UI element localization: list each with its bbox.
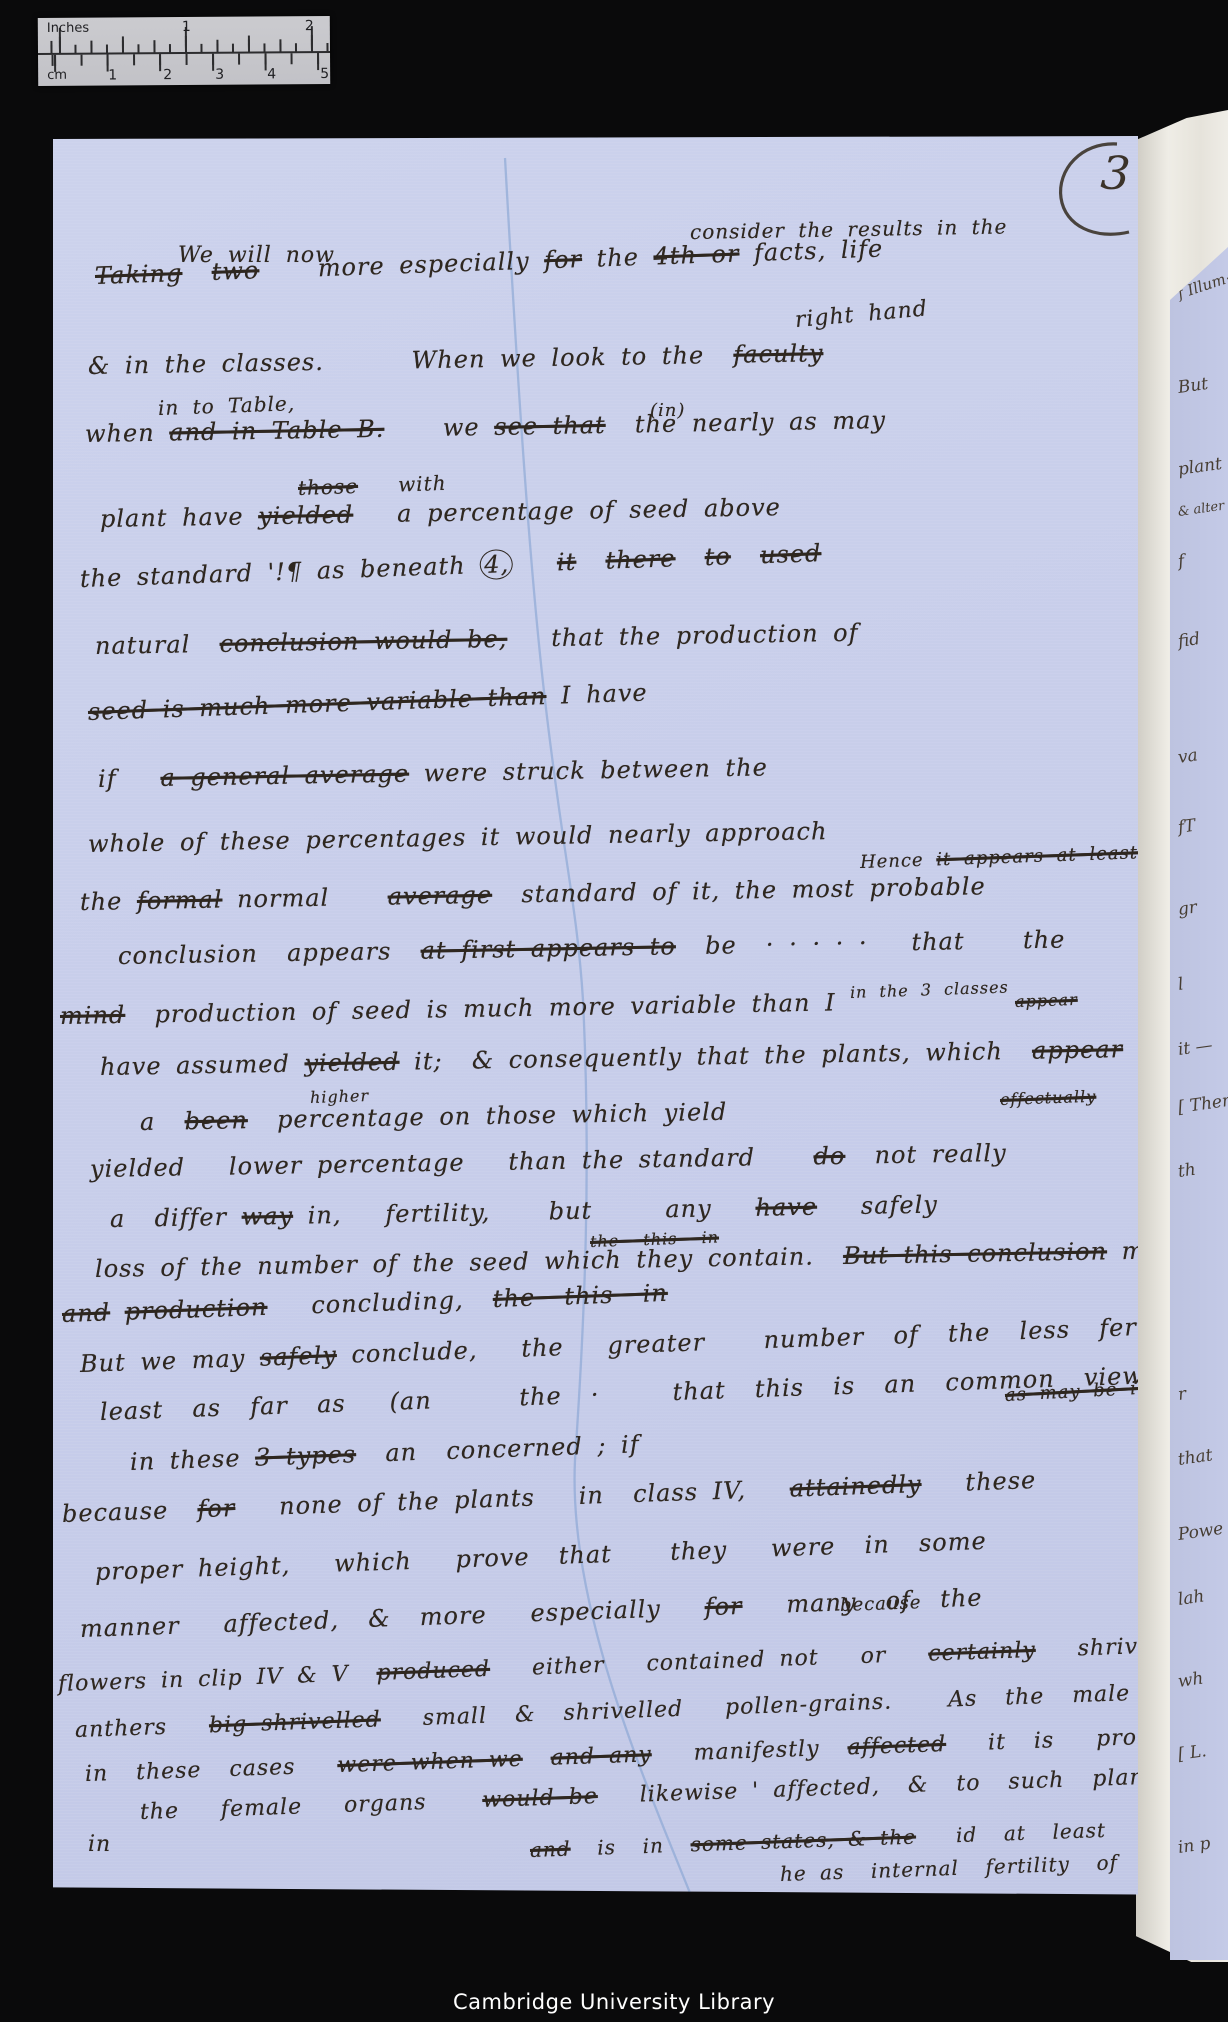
manuscript-text: small & shrivelled pollen-grains. As the…: [380, 1677, 1228, 1732]
margin-writing-fragment: l: [1177, 974, 1185, 995]
struck-text: see that: [494, 411, 606, 441]
manuscript-line: if a general average were struck between…: [98, 753, 768, 793]
struck-text: would be: [482, 1784, 598, 1813]
struck-text: way: [241, 1202, 293, 1231]
manuscript-line: conclusion appears at first appears to b…: [118, 925, 1066, 970]
margin-writing-fragment: in p: [1177, 1834, 1212, 1858]
manuscript-text: the female organs: [140, 1788, 483, 1825]
struck-text: 4th or: [653, 240, 740, 271]
manuscript-text: standard of it, the most probable: [492, 872, 986, 909]
manuscript-text: have assumed: [100, 1049, 305, 1081]
ruler-inch-number: 1: [182, 19, 191, 35]
manuscript-text: in these cases: [85, 1753, 338, 1787]
manuscript-text: when: [85, 419, 170, 448]
reference-ruler: Inches cm 12 12345: [38, 16, 330, 86]
struck-text: used: [760, 539, 822, 569]
manuscript-text: production of seed is much more variable…: [125, 988, 836, 1028]
struck-text: appear: [1015, 990, 1078, 1011]
ruler-cm-number: 3: [215, 67, 224, 83]
manuscript-line: yielded lower percentage than the standa…: [90, 1139, 1007, 1183]
manuscript-line: those with: [298, 471, 447, 500]
margin-writing-fragment: wh: [1177, 1669, 1205, 1692]
manuscript-text: the nearly as may: [605, 406, 886, 439]
manuscript-text: a: [140, 1107, 185, 1136]
manuscript-text: were struck between the: [409, 753, 768, 787]
struck-text: yielded: [258, 501, 354, 531]
struck-text: and: [62, 1298, 111, 1328]
library-credit: Cambridge University Library: [0, 1990, 1228, 2014]
manuscript-line: the standard '!¶ as beneath 4, it there …: [80, 539, 822, 593]
struck-text: at first appears to: [420, 932, 676, 964]
manuscript-text: a percentage of seed above: [353, 493, 781, 528]
struck-text: the this in: [492, 1279, 668, 1313]
manuscript-text: yielded lower percentage than the standa…: [90, 1142, 814, 1183]
manuscript-line: plant have yielded a percentage of seed …: [100, 493, 781, 533]
manuscript-text: in these: [130, 1444, 256, 1476]
margin-writing-fragment: th: [1177, 1160, 1197, 1182]
struck-text: do: [813, 1142, 845, 1171]
manuscript-text: the: [582, 243, 654, 273]
margin-writing-fragment: va: [1177, 745, 1199, 768]
manuscript-text: & in the classes. When we look to the: [88, 341, 734, 380]
manuscript-text: id at least: [916, 1818, 1107, 1849]
margin-writing-fragment: f: [1177, 551, 1186, 572]
margin-writing-fragment: it —: [1177, 1035, 1214, 1060]
manuscript-text: an concerned ; if: [356, 1430, 640, 1468]
manuscript-text: manner affected, & more especially: [80, 1593, 706, 1643]
manuscript-text: is in: [570, 1832, 691, 1860]
manuscript-text: likewise ' affected, & to such plants of…: [597, 1760, 1228, 1809]
ruler-cm-ticks: [38, 53, 330, 86]
margin-writing-fragment: r: [1177, 1384, 1188, 1405]
struck-text: a general average: [160, 760, 409, 792]
manuscript-text: we: [384, 413, 494, 443]
manuscript-line: and production concluding, the this in: [62, 1279, 669, 1328]
margin-writing-fragment: gr: [1177, 897, 1199, 919]
manuscript-text: [513, 548, 558, 578]
manuscript-text: Hence: [860, 849, 937, 873]
ruler-inch-number: 2: [305, 18, 314, 34]
manuscript-text: these: [921, 1466, 1037, 1498]
manuscript-line: effectually: [1000, 1087, 1097, 1109]
struck-text: 3 types: [255, 1440, 357, 1472]
manuscript-text: the standard '!¶ as beneath: [80, 551, 481, 593]
manuscript-text: because: [62, 1495, 198, 1528]
manuscript-text: [522, 1746, 551, 1772]
struck-text: it: [556, 548, 576, 577]
struck-text: been: [184, 1106, 248, 1135]
manuscript-text: plant have: [100, 502, 259, 533]
struck-text: for: [197, 1494, 236, 1523]
manuscript-text: But we may: [80, 1344, 261, 1378]
manuscript-text: right hand: [794, 296, 929, 333]
struck-text: there: [605, 544, 676, 574]
margin-writing-fragment: & alter w: [1177, 496, 1228, 519]
struck-text: attainedly: [789, 1470, 922, 1503]
margin-writing-fragment: Powe: [1177, 1519, 1225, 1545]
manuscript-text: safely: [817, 1191, 938, 1221]
struck-text: faculty: [733, 339, 823, 369]
ruler-cm-number: 4: [267, 66, 276, 82]
manuscript-line: whole of these percentages it would near…: [88, 817, 828, 858]
manuscript-text: natural: [95, 630, 220, 660]
struck-text: and any: [550, 1742, 652, 1771]
struck-text: to: [704, 542, 731, 571]
margin-writing-fragment: plant: [1177, 454, 1224, 480]
margin-writing-fragment: [ L.: [1177, 1741, 1208, 1765]
manuscript-text: if: [98, 764, 161, 793]
struck-text: But this conclusion: [843, 1237, 1107, 1270]
struck-text: some states, & the: [690, 1825, 916, 1857]
manuscript-text: [182, 258, 212, 287]
manuscript-page: 3 consider the results in theWe will now…: [53, 136, 1138, 1898]
ruler-inches-label: Inches: [47, 21, 89, 36]
manuscript-line: have assumed yielded it; & consequently …: [100, 1035, 1124, 1081]
page-number: 3: [1099, 145, 1132, 201]
struck-text: for: [704, 1592, 743, 1621]
manuscript-line: in these 3 types an concerned ; if: [130, 1430, 641, 1476]
struck-text: big shrivelled: [209, 1707, 382, 1738]
manuscript-text: anthers: [75, 1713, 210, 1743]
manuscript-text: none of the plants in class IV,: [235, 1475, 790, 1522]
manuscript-text: not really: [845, 1139, 1007, 1170]
photographed-manuscript-scan: { "footer": { "credit": "Cambridge Unive…: [0, 0, 1228, 2022]
margin-writing-fragment: that: [1177, 1445, 1214, 1470]
manuscript-text: in: [88, 1832, 111, 1857]
manuscript-text: flowers in clip IV & V: [58, 1661, 377, 1697]
manuscript-text: [730, 541, 760, 570]
struck-text: and: [530, 1837, 571, 1862]
margin-writing-fragment: fT: [1177, 816, 1197, 838]
manuscript-line: seed is much more variable than I have: [88, 678, 649, 726]
manuscript-line: the formal normal average standard of it…: [80, 872, 986, 916]
manuscript-line: a differ way in, fertility, but any have…: [110, 1191, 938, 1233]
struck-text: for: [544, 245, 583, 274]
struck-text: conclusion would be,: [219, 625, 507, 658]
margin-writing-fragment: fid: [1177, 629, 1202, 652]
struck-text: effectually: [1000, 1087, 1097, 1109]
manuscript-text: [675, 543, 705, 572]
manuscript-text: whole of these percentages it would near…: [88, 817, 828, 858]
manuscript-line: Hence it appears at least: [860, 842, 1139, 873]
struck-text: and in Table B.: [169, 415, 385, 447]
manuscript-text: [110, 1298, 126, 1326]
manuscript-line: & in the classes. When we look to the fa…: [88, 339, 824, 380]
struck-text: have: [755, 1193, 817, 1222]
manuscript-text: [576, 547, 606, 576]
struck-text: production: [124, 1293, 268, 1326]
manuscript-text: concluding,: [267, 1285, 493, 1321]
manuscript-line: in: [88, 1832, 111, 1857]
manuscript-line: manner affected, & more especially for m…: [80, 1583, 983, 1642]
struck-text: produced: [376, 1657, 490, 1686]
manuscript-text: normal: [222, 883, 388, 914]
struck-text: formal: [137, 886, 223, 915]
struck-text: seed is much more variable than: [88, 682, 547, 726]
manuscript-text: it; & consequently that the plants, whic…: [399, 1037, 1032, 1076]
manuscript-text: a differ: [110, 1203, 242, 1233]
manuscript-line: a been percentage on those which yield: [140, 1098, 728, 1136]
next-page-edge: f Illum~Butplant& alter wffidvafTgrlit —…: [1170, 235, 1228, 1960]
manuscript-text: facts, life: [739, 234, 884, 267]
manuscript-line: natural conclusion would be, that the pr…: [95, 619, 859, 660]
struck-text: those: [298, 474, 359, 500]
manuscript-text: with: [358, 471, 447, 498]
manuscript-text: in the 3 classes: [850, 977, 1009, 1002]
ruler-cm-number: 5: [320, 66, 329, 82]
struck-text: it appears at least: [936, 842, 1138, 870]
manuscript-text: I have: [546, 678, 648, 710]
manuscript-line: because for none of the plants in class …: [62, 1466, 1037, 1528]
manuscript-text: 4,: [480, 549, 514, 580]
manuscript-text: the: [80, 887, 137, 916]
manuscript-text: proper height, which prove that they wer…: [95, 1527, 988, 1586]
margin-writing-fragment: [ Then: [1177, 1090, 1228, 1118]
struck-text: two: [211, 256, 260, 286]
manuscript-text: many of the: [742, 1583, 983, 1619]
manuscript-text: that the production of: [507, 619, 859, 653]
manuscript-line: mind production of seed is much more var…: [60, 988, 836, 1030]
struck-text: mind: [60, 1001, 126, 1030]
struck-text: affected: [847, 1732, 946, 1760]
manuscript-text: loss of the number of the seed which the…: [95, 1242, 844, 1283]
margin-writing-fragment: But: [1177, 374, 1210, 398]
manuscript-line: proper height, which prove that they wer…: [95, 1527, 988, 1586]
manuscript-text: either contained not or: [490, 1642, 929, 1682]
ruler-cm-number: 1: [108, 67, 117, 83]
manuscript-line: right hand: [794, 296, 929, 333]
manuscript-line: appear: [1015, 990, 1078, 1011]
ruler-cm-label: cm: [47, 68, 67, 83]
struck-text: appear: [1032, 1035, 1124, 1065]
margin-writing-fragment: lah: [1177, 1586, 1206, 1609]
struck-text: certainly: [928, 1638, 1036, 1667]
struck-text: Taking: [95, 259, 183, 290]
ruler-cm-number: 2: [163, 67, 172, 83]
struck-text: yielded: [304, 1048, 400, 1078]
struck-text: average: [387, 881, 492, 911]
struck-text: were when we: [337, 1747, 523, 1778]
manuscript-text: manifestly: [651, 1735, 848, 1767]
manuscript-text: conclusion appears: [118, 937, 421, 970]
manuscript-text: conclude, the greater number of the less…: [336, 1308, 1228, 1369]
manuscript-line: in the 3 classes: [850, 977, 1009, 1002]
manuscript-text: be · · · · · that the: [676, 925, 1066, 960]
manuscript-text: in, fertility, but any: [293, 1194, 756, 1230]
struck-text: safely: [259, 1341, 337, 1372]
